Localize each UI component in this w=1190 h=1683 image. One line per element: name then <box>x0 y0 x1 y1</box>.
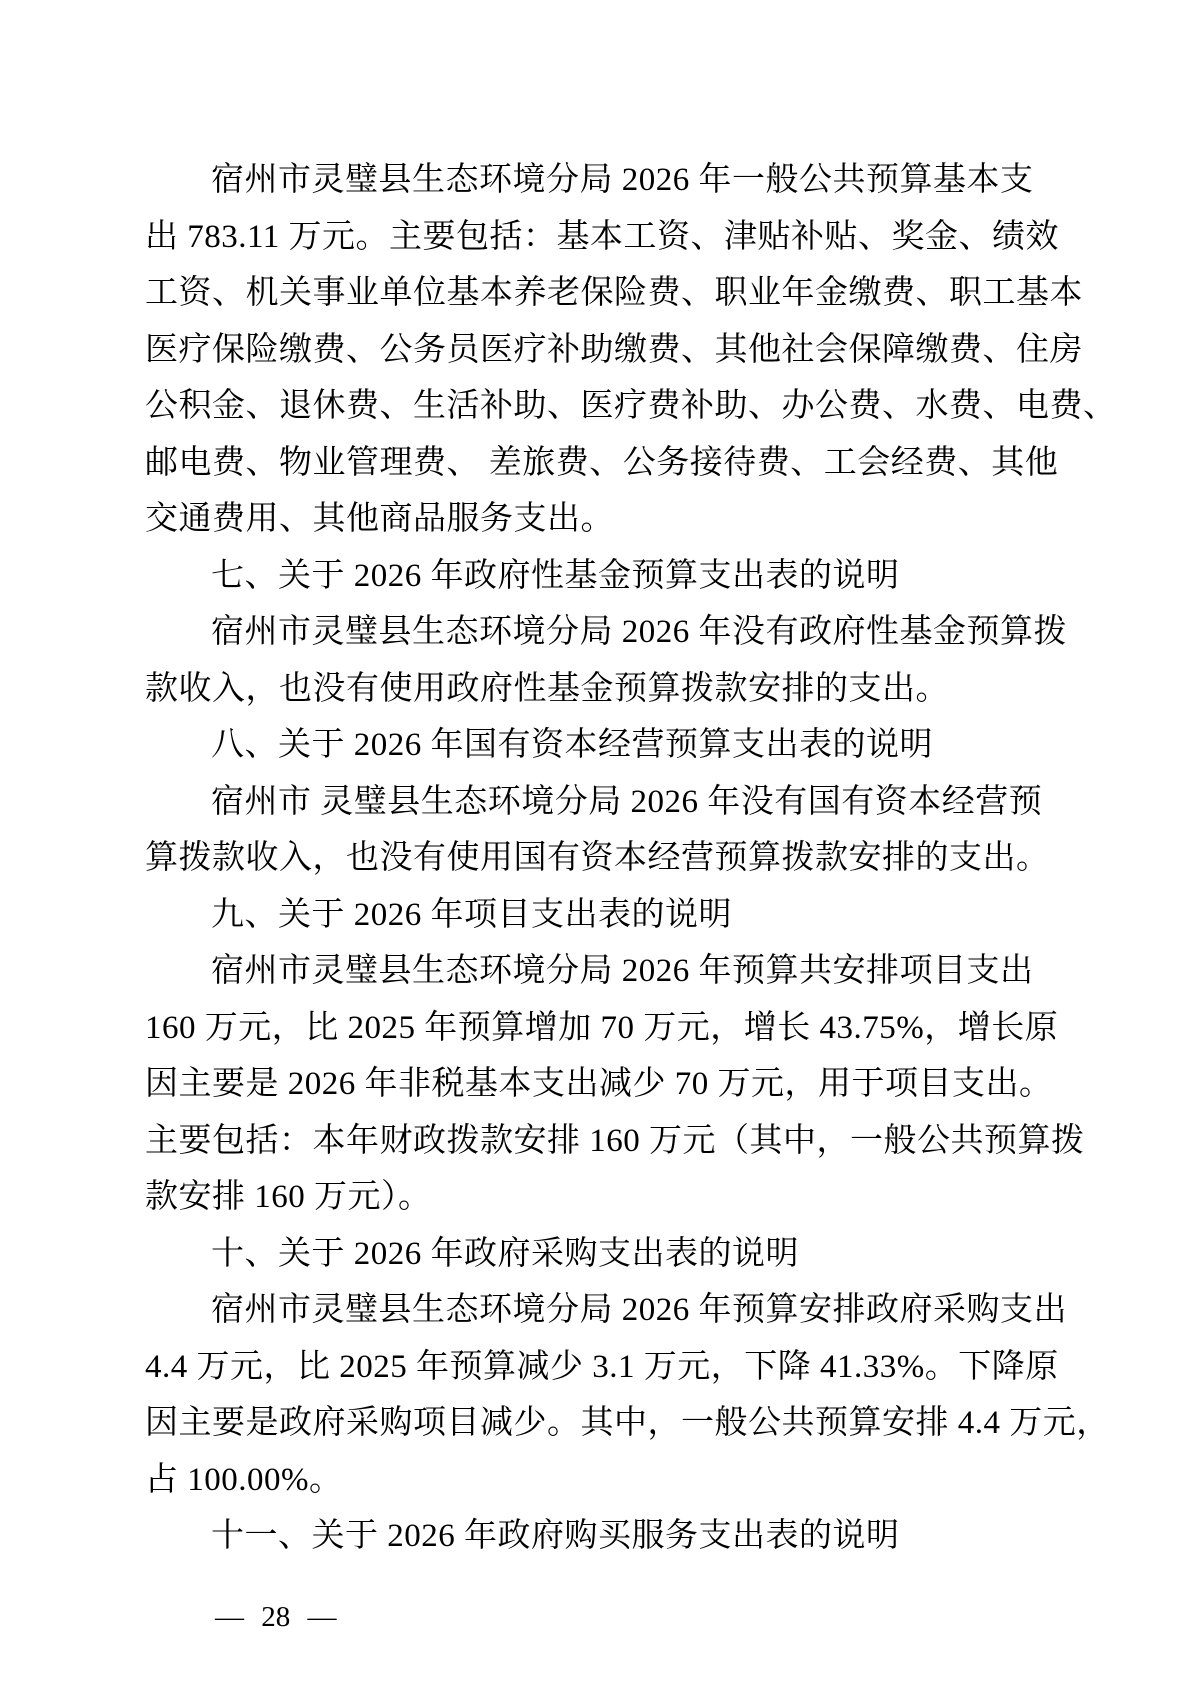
section-heading-line: 八、关于 2026 年国有资本经营预算支出表的说明 <box>145 717 1055 774</box>
section-heading-line: 十、关于 2026 年政府采购支出表的说明 <box>145 1226 1055 1283</box>
body-text-line: 出 783.11 万元。主要包括：基本工资、津贴补贴、奖金、绩效 <box>145 209 1055 266</box>
body-text-line: 宿州市灵璧县生态环境分局 2026 年没有政府性基金预算拨 <box>145 604 1055 661</box>
body-text-line: 算拨款收入，也没有使用国有资本经营预算拨款安排的支出。 <box>145 830 1055 887</box>
body-text-line: 160 万元，比 2025 年预算增加 70 万元，增长 43.75%，增长原 <box>145 1000 1055 1057</box>
body-text-line: 宿州市 灵璧县生态环境分局 2026 年没有国有资本经营预 <box>145 774 1055 831</box>
page-number: — 28 — <box>215 1601 337 1633</box>
body-text-line: 宿州市灵璧县生态环境分局 2026 年预算安排政府采购支出 <box>145 1282 1055 1339</box>
body-text-line: 因主要是 2026 年非税基本支出减少 70 万元，用于项目支出。 <box>145 1056 1055 1113</box>
body-text-line: 因主要是政府采购项目减少。其中，一般公共预算安排 4.4 万元， <box>145 1395 1055 1452</box>
body-text-line: 款安排 160 万元）。 <box>145 1169 1055 1226</box>
body-text-line: 交通费用、其他商品服务支出。 <box>145 491 1055 548</box>
body-text-line: 邮电费、物业管理费、 差旅费、公务接待费、工会经费、其他 <box>145 435 1055 492</box>
body-text-line: 占 100.00%。 <box>145 1452 1055 1509</box>
body-text-line: 4.4 万元，比 2025 年预算减少 3.1 万元，下降 41.33%。下降原 <box>145 1339 1055 1396</box>
section-heading-line: 七、关于 2026 年政府性基金预算支出表的说明 <box>145 548 1055 605</box>
document-body: 宿州市灵璧县生态环境分局 2026 年一般公共预算基本支出 783.11 万元。… <box>145 152 1055 1565</box>
body-text-line: 公积金、退休费、生活补助、医疗费补助、办公费、水费、电费、 <box>145 378 1055 435</box>
body-text-line: 医疗保险缴费、公务员医疗补助缴费、其他社会保障缴费、住房 <box>145 322 1055 379</box>
body-text-line: 宿州市灵璧县生态环境分局 2026 年预算共安排项目支出 <box>145 943 1055 1000</box>
body-text-line: 宿州市灵璧县生态环境分局 2026 年一般公共预算基本支 <box>145 152 1055 209</box>
section-heading-line: 十一、关于 2026 年政府购买服务支出表的说明 <box>145 1508 1055 1565</box>
body-text-line: 主要包括：本年财政拨款安排 160 万元（其中，一般公共预算拨 <box>145 1113 1055 1170</box>
section-heading-line: 九、关于 2026 年项目支出表的说明 <box>145 887 1055 944</box>
page-footer: — 28 — <box>146 1568 337 1667</box>
body-text-line: 款收入，也没有使用政府性基金预算拨款安排的支出。 <box>145 661 1055 718</box>
body-text-line: 工资、机关事业单位基本养老保险费、职业年金缴费、职工基本 <box>145 265 1055 322</box>
document-page: 宿州市灵璧县生态环境分局 2026 年一般公共预算基本支出 783.11 万元。… <box>0 0 1190 1683</box>
